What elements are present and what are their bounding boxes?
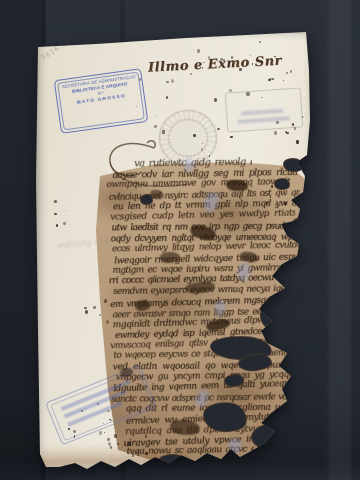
ink-speck [276, 121, 279, 123]
ink-speck [104, 299, 107, 303]
ink-speck [154, 125, 157, 128]
ink-speck [217, 128, 220, 130]
ink-speck [132, 454, 134, 457]
faded-blue-stamp-text-bar [64, 390, 127, 418]
ink-speck [117, 443, 119, 446]
ink-speck [108, 442, 111, 446]
ink-speck [197, 49, 200, 52]
ink-speck [84, 307, 86, 309]
faded-blue-stamp-text-bar [67, 401, 122, 426]
ink-speck [136, 106, 137, 107]
ink-speck [162, 130, 164, 133]
ink-speck [208, 56, 210, 58]
ink-speck [56, 224, 58, 227]
ink-speck [106, 320, 109, 324]
ink-speck [292, 123, 294, 126]
scan-viewport: 3616.33 Illmo e Exmo Snr SECRETARIA DE A… [0, 0, 360, 480]
ink-speck [114, 434, 117, 438]
burn-hole [140, 194, 153, 205]
ink-speck [54, 200, 57, 203]
ink-speck [99, 314, 101, 316]
ink-speck [239, 68, 242, 72]
ink-speck [128, 442, 130, 445]
ink-speck [223, 59, 225, 62]
ink-speck [286, 132, 288, 134]
burn-hole [286, 270, 305, 285]
ink-speck [229, 89, 232, 92]
ink-speck [302, 116, 303, 117]
ink-speck [136, 451, 138, 453]
ink-speck [246, 92, 249, 97]
ink-blot [160, 252, 180, 263]
ink-speck [266, 202, 269, 204]
ink-speck [286, 72, 288, 74]
ink-speck [150, 29, 151, 31]
ink-speck [166, 81, 169, 83]
paper-sheet: 3616.33 Illmo e Exmo Snr SECRETARIA DE A… [36, 30, 312, 470]
manuscript-page: 3616.33 Illmo e Exmo Snr SECRETARIA DE A… [36, 30, 312, 470]
ink-speck [193, 134, 196, 137]
ink-speck [244, 60, 245, 61]
ink-speck [145, 452, 148, 455]
ink-speck [296, 140, 299, 143]
ink-speck [290, 70, 292, 72]
ink-speck [171, 79, 174, 83]
ink-speck [156, 115, 157, 116]
burn-hole [158, 454, 187, 470]
ink-speck [274, 131, 276, 134]
